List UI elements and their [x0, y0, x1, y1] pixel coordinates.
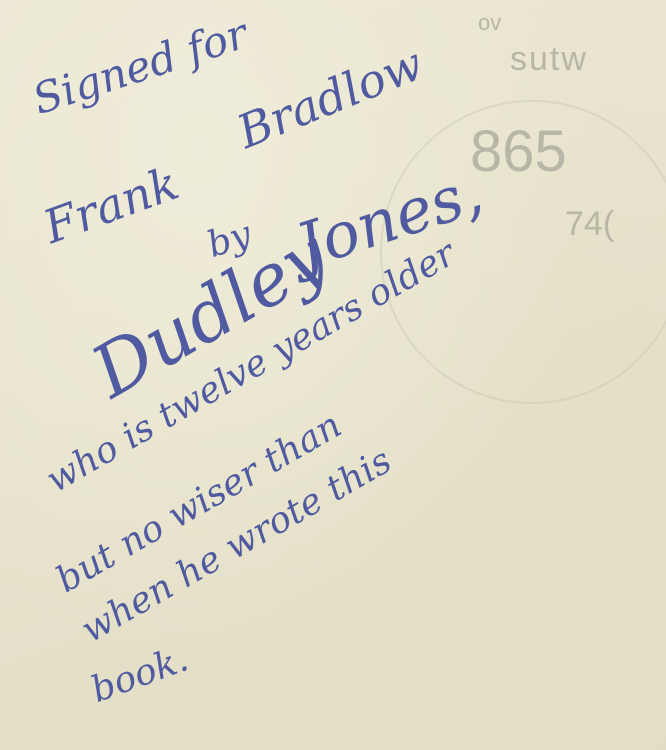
inscription-line-signed-for: Signed for — [27, 9, 253, 124]
pencil-number: 865 — [470, 118, 567, 185]
pencil-annotation: sutw — [510, 40, 588, 79]
inscription-line-frank: Frank — [37, 156, 186, 254]
pencil-subnumber: 74( — [565, 205, 614, 244]
inscription-line-book: book. — [86, 638, 194, 711]
inscription-page: ov sutw 865 74( Signed for Frank Bradlow… — [0, 0, 666, 750]
inscription-line-bradlow: Bradlow — [230, 36, 431, 159]
pencil-mark-top: ov — [478, 10, 501, 36]
